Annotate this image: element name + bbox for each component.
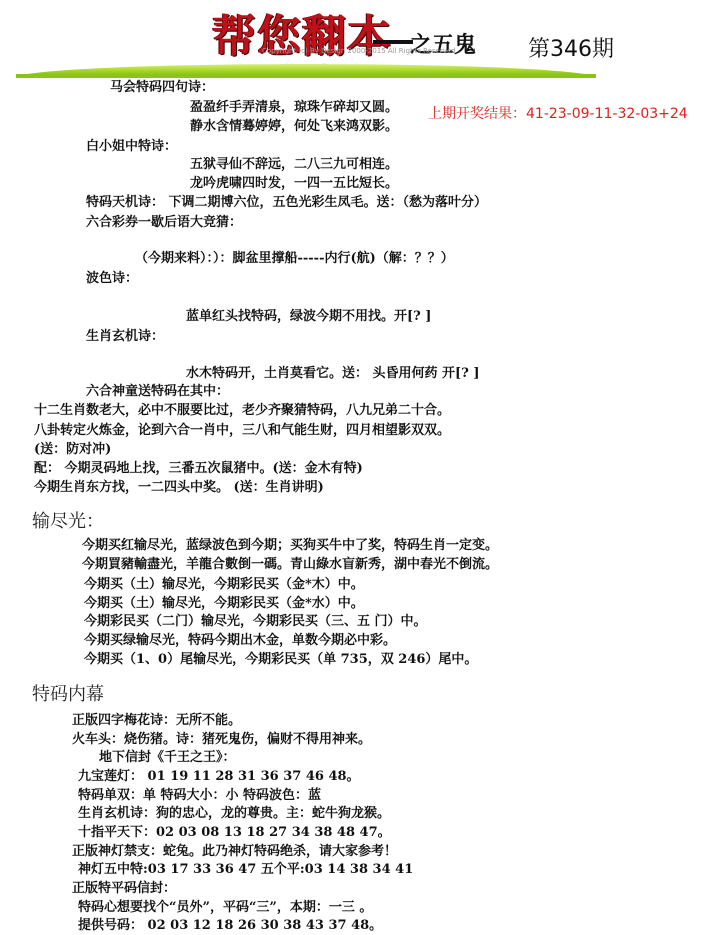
temaneimu-line-11: 特码心想要找个“员外”，平码“三”，本期：一三 。 bbox=[78, 900, 372, 916]
bose-poem-line: 蓝单红头找特码，绿波今期不用找。开[? ] bbox=[186, 309, 431, 325]
shujinguang-heading: 输尽光： bbox=[32, 507, 104, 533]
mahui-poem-line-2: 静水含情蓦婷婷，何处飞来鸿双影。 bbox=[190, 119, 398, 135]
baixiaojie-poem-title: 白小姐中特诗： bbox=[86, 139, 177, 155]
mahui-poem-line-1: 盈盈纤手弄清泉，琼珠乍碎却又圆。 bbox=[190, 100, 398, 116]
issue-number: 第346期 bbox=[528, 32, 614, 63]
temaneimu-line-9: 神灯五中特:03 17 33 36 47 五个平:03 14 38 34 41 bbox=[78, 862, 413, 878]
shentong-line-1: 十二生肖数老大，必中不服要比过，老少齐聚猜特码，八九兄弟二十合。 bbox=[34, 403, 450, 419]
baixiaojie-poem-line-2: 龙吟虎啸四时发，一四一五比短长。 bbox=[190, 176, 398, 192]
temaneimu-line-1: 正版四字梅花诗：无所不能。 bbox=[72, 713, 241, 729]
xiehouyu-line: （今期来料）：）：脚盆里撑船-----内行(航)（解：？？） bbox=[135, 251, 454, 267]
shujinguang-line-6: 今期买绿输尽光，特码今期出木金，单数今期必中彩。 bbox=[84, 633, 396, 649]
xiehouyu-title: 六合彩券一歇后语大竞猜： bbox=[86, 215, 242, 231]
shujinguang-line-3: 今期买（土）输尽光，今期彩民买（金*木）中。 bbox=[84, 577, 364, 593]
last-result: 上期开奖结果：41-23-09-11-32-03+24 bbox=[428, 103, 688, 123]
temaneimu-line-10: 正版特平码信封： bbox=[72, 881, 176, 897]
shentong-line-2: 八卦转定火炼金，论到六合一肖中，三八和气能生财，四月相望影双双。 bbox=[34, 423, 450, 439]
shujinguang-line-7: 今期买（1、0）尾输尽光，今期彩民买（单 735，双 246）尾中。 bbox=[84, 652, 477, 668]
tianji-poem: 特码天机诗： 下调二期博六位，五色光彩生凤毛。送：（愁为落叶分） bbox=[86, 195, 487, 211]
temaneimu-line-2: 火车头：烧伤猪。诗：猪死鬼伤，偏财不得用神来。 bbox=[72, 732, 371, 748]
baixiaojie-poem-line-1: 五狱寻仙不辞远，二八三九可相连。 bbox=[190, 157, 398, 173]
shujinguang-line-5: 今期彩民买（二门）输尽光，今期彩民买（三、五 门）中。 bbox=[84, 614, 427, 630]
banner-dash-divider bbox=[373, 40, 413, 44]
mahui-poem-title: 马会特码四句诗： bbox=[110, 80, 214, 96]
banner-green-base-decoration bbox=[16, 74, 596, 78]
temaneimu-line-3: 地下信封《千王之王》： bbox=[99, 750, 236, 766]
shengxiao-poem-title: 生肖玄机诗： bbox=[86, 329, 164, 345]
temaneimu-line-5: 特码单双：单 特码大小：小 特码波色：蓝 bbox=[78, 788, 321, 804]
last-result-label: 上期开奖结果： bbox=[428, 106, 526, 122]
temaneimu-line-8: 正版神灯禁支：蛇兔。此乃神灯特码绝杀，请大家参考！ bbox=[72, 844, 397, 860]
temaneimu-line-4: 九宝莲灯： 01 19 11 28 31 36 37 46 48。 bbox=[78, 769, 360, 785]
shentong-title: 六合神童送特码在其中： bbox=[86, 384, 229, 400]
shujinguang-line-2: 今期買豬輸盡光，羊龍合數倒一碼。青山綠水盲新秀，湖中春光不倒流。 bbox=[82, 557, 498, 573]
temaneimu-line-7: 十指平天下：02 03 08 13 18 27 34 38 48 47。 bbox=[78, 825, 391, 841]
bose-poem-title: 波色诗： bbox=[86, 271, 138, 287]
shentong-line-3: (送：防对冲) bbox=[34, 442, 111, 458]
copyright-line: Copyright (c) By Design 2000-2015 All Ri… bbox=[262, 47, 456, 55]
shentong-line-4: 配： 今期灵码地上找，三番五次鼠猪中。(送：金木有特) bbox=[34, 461, 363, 477]
temaneimu-line-12: 提供号码： 02 03 12 18 26 30 38 43 37 48。 bbox=[78, 918, 382, 934]
shujinguang-line-1: 今期买红输尽光，蓝绿波色到今期；买狗买牛中了奖，特码生肖一定变。 bbox=[82, 538, 498, 554]
temaneimu-heading: 特码内幕 bbox=[32, 680, 104, 706]
temaneimu-line-6: 生肖玄机诗：狗的忠心，龙的尊贵。主：蛇牛狗龙猴。 bbox=[78, 806, 390, 822]
shujinguang-line-4: 今期买（土）输尽光，今期彩民买（金*水）中。 bbox=[84, 596, 364, 612]
shengxiao-poem-line: 水木特码开，土肖莫看它。送： 头昏用何药 开[? ] bbox=[186, 366, 480, 382]
shentong-line-5: 今期生肖东方找，一二四头中奖。 (送：生肖讲明) bbox=[34, 480, 324, 496]
last-result-numbers: 41-23-09-11-32-03+24 bbox=[526, 106, 688, 122]
